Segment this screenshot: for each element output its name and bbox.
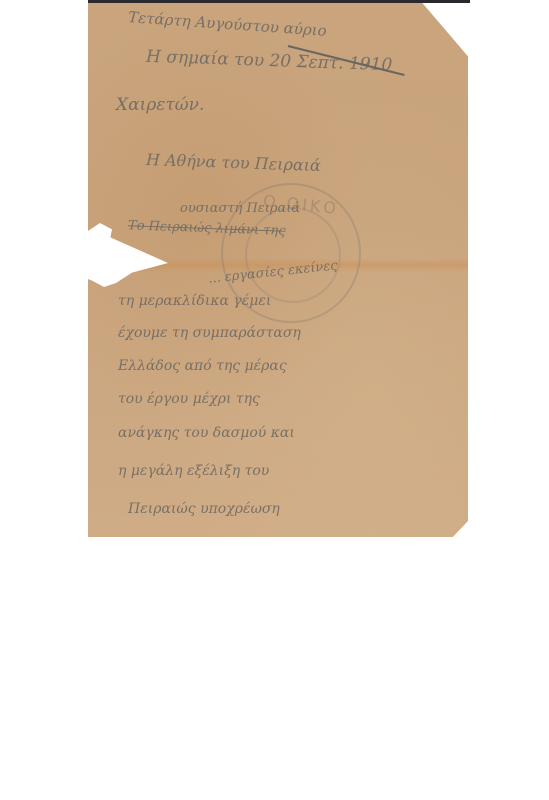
handwritten-line-5: ουσιαστή Πειραιά	[180, 201, 300, 216]
handwritten-line-1: Τετάρτη Αυγούστου αύριο	[128, 8, 328, 40]
handwritten-line-9: έχουμε τη συμπαράσταση	[118, 325, 301, 341]
handwritten-line-11: του έργου μέχρι της	[118, 391, 260, 407]
stamp-inner-ring	[245, 207, 341, 303]
handwritten-line-3: Χαιρετών.	[116, 95, 204, 115]
page-background: Ο ΟΙΚΟ Τετάρτη Αυγούστου αύριο Η σημαία …	[0, 0, 549, 800]
handwritten-line-8: τη μερακλίδικα γέμει	[118, 293, 271, 309]
handwritten-line-4: Η Αθήνα του Πειραιά	[146, 150, 321, 175]
letter-paper: Ο ΟΙΚΟ Τετάρτη Αυγούστου αύριο Η σημαία …	[88, 3, 468, 537]
handwritten-line-13: η μεγάλη εξέλιξη του	[118, 463, 269, 479]
handwritten-line-10: Ελλάδος από της μέρας	[118, 358, 287, 374]
handwritten-line-12: ανάγκης του δασμού και	[118, 425, 295, 441]
scan-edge-strip	[88, 0, 470, 3]
handwritten-line-14: Πειραιώς υποχρέωση	[128, 501, 280, 517]
torn-paper-hole	[88, 223, 168, 303]
